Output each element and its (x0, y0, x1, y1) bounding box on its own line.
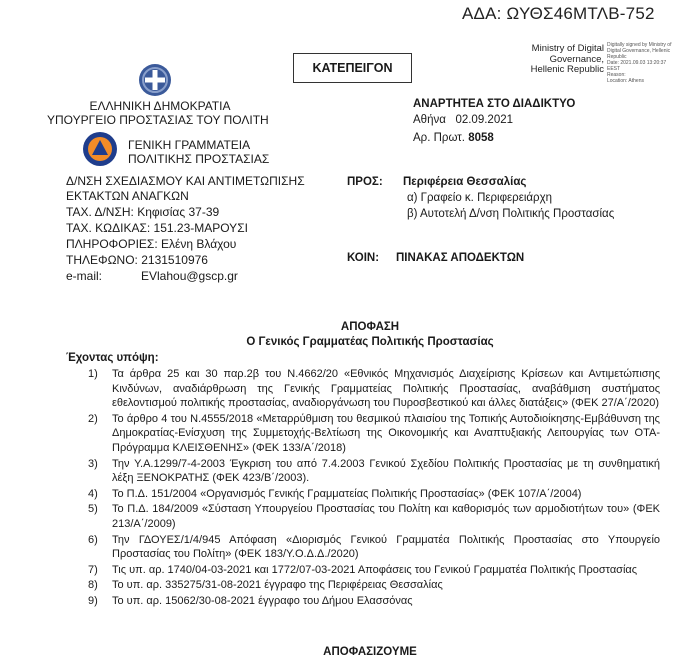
consideration-item: 2)Το άρθρο 4 του Ν.4555/2018 «Μεταρρύθμι… (76, 412, 660, 456)
consideration-text: Την Υ.Α.1299/7-4-2003 Έγκριση του από 7.… (112, 458, 660, 485)
considerations-list: 1)Τα άρθρα 25 και 30 παρ.2β του Ν.4662/2… (76, 367, 660, 610)
consideration-number: 5) (88, 502, 98, 517)
to-recipient-item: α) Γραφείο κ. Περιφερειάρχη (407, 191, 552, 205)
sig-detail-line: Location: Athens (607, 78, 699, 84)
to-label: ΠΡΟΣ: (347, 175, 383, 189)
directorate-line1: Δ/ΝΣΗ ΣΧΕΔΙΑΣΜΟΥ ΚΑΙ ΑΝΤΙΜΕΤΩΠΙΣΗΣ (66, 174, 305, 189)
protocol-label: Αρ. Πρωτ. (413, 132, 465, 144)
greek-emblem-icon (135, 62, 175, 98)
consideration-text: Το υπ. αρ. 15062/30-08-2021 έγγραφο του … (112, 595, 413, 607)
consideration-text: Το Π.Δ. 151/2004 «Οργανισμός Γενικής Γρα… (112, 488, 581, 500)
consideration-item: 6)Την ΓΔΟΥΕΣ/1/4/945 Απόφαση «Διορισμός … (76, 533, 660, 562)
urgency-box: ΚΑΤΕΠΕΙΓΟΝ (293, 53, 412, 83)
email-label: e-mail: (66, 269, 102, 284)
consideration-text: Το Π.Δ. 184/2009 «Σύσταση Υπουργείου Προ… (112, 503, 660, 530)
directorate-line2: ΕΚΤΑΚΤΩΝ ΑΝΑΓΚΩΝ (66, 189, 189, 204)
considering-label: Έχοντας υπόψη: (66, 352, 159, 364)
place-date: Αθήνα 02.09.2021 (413, 113, 513, 127)
consideration-text: Το άρθρο 4 του Ν.4555/2018 «Μεταρρύθμιση… (112, 413, 660, 454)
consideration-number: 4) (88, 487, 98, 502)
consideration-text: Τα άρθρα 25 και 30 παρ.2β του Ν.4662/20 … (112, 368, 660, 409)
consideration-item: 5)Το Π.Δ. 184/2009 «Σύσταση Υπουργείου Π… (76, 502, 660, 531)
consideration-item: 7)Τις υπ. αρ. 1740/04-03-2021 και 1772/0… (76, 563, 660, 578)
email-link[interactable]: EVlahou@gscp.gr (141, 269, 238, 284)
cc-label: ΚΟΙΝ: (347, 251, 379, 265)
phone-number: ΤΗΛΕΦΩΝΟ: 2131510976 (66, 253, 208, 268)
urgency-label: ΚΑΤΕΠΕΙΓΟΝ (312, 61, 392, 75)
consideration-number: 2) (88, 412, 98, 427)
consideration-text: Την ΓΔΟΥΕΣ/1/4/945 Απόφαση «Διορισμός Γε… (112, 534, 660, 561)
country-name: ΕΛΛΗΝΙΚΗ ΔΗΜΟΚΡΑΤΙΑ (60, 99, 260, 114)
consideration-number: 1) (88, 367, 98, 382)
consideration-number: 7) (88, 563, 98, 578)
consideration-text: Τις υπ. αρ. 1740/04-03-2021 και 1772/07-… (112, 564, 637, 576)
to-recipient-item: β) Αυτοτελή Δ/νση Πολιτικής Προστασίας (407, 207, 614, 221)
secretariat-line2: ΠΟΛΙΤΙΚΗΣ ΠΡΟΣΤΑΣΙΑΣ (128, 152, 269, 167)
consideration-number: 8) (88, 578, 98, 593)
consideration-item: 9)Το υπ. αρ. 15062/30-08-2021 έγγραφο το… (76, 594, 660, 609)
digital-signature-details: Digitally signed by Ministry of Digital … (607, 42, 699, 84)
consideration-item: 4)Το Π.Δ. 151/2004 «Οργανισμός Γενικής Γ… (76, 487, 660, 502)
consideration-text: Το υπ. αρ. 335275/31-08-2021 έγγραφο της… (112, 579, 443, 591)
digital-signature-signer: Ministry of Digital Governance, Hellenic… (528, 44, 604, 76)
consideration-item: 3)Την Υ.Α.1299/7-4-2003 Έγκριση του από … (76, 457, 660, 486)
ada-code: ΑΔΑ: ΩΥΘΣ46ΜΤΛΒ-752 (462, 4, 655, 24)
cc-value: ΠΙΝΑΚΑΣ ΑΠΟΔΕΚΤΩΝ (396, 251, 524, 265)
ministry-name: ΥΠΟΥΡΓΕΙΟ ΠΡΟΣΤΑΣΙΑΣ ΤΟΥ ΠΟΛΙΤΗ (47, 113, 307, 128)
protocol-value: 8058 (468, 132, 494, 144)
postal-code: ΤΑΧ. ΚΩΔΙΚΑΣ: 151.23-ΜΑΡΟΥΣΙ (66, 221, 248, 236)
civil-protection-logo-icon (82, 131, 118, 167)
resolution-heading: ΑΠΟΦΑΣΙΖΟΥΜΕ (0, 646, 700, 658)
postal-address: ΤΑΧ. Δ/ΝΣΗ: Κηφισίας 37-39 (66, 205, 219, 220)
consideration-number: 6) (88, 533, 98, 548)
contact-info: ΠΛΗΡΟΦΟΡΙΕΣ: Ελένη Βλάχου (66, 237, 236, 252)
consideration-number: 9) (88, 594, 98, 609)
publish-notice: ΑΝΑΡΤΗΤΕΑ ΣΤΟ ΔΙΑΔΙΚΤΥΟ (413, 97, 575, 111)
decision-subtitle: Ο Γενικός Γραμματέας Πολιτικής Προστασία… (0, 336, 700, 348)
to-main-recipient: Περιφέρεια Θεσσαλίας (403, 175, 526, 189)
consideration-item: 1)Τα άρθρα 25 και 30 παρ.2β του Ν.4662/2… (76, 367, 660, 411)
protocol-number: Αρ. Πρωτ. 8058 (413, 131, 494, 145)
decision-title: ΑΠΟΦΑΣΗ (0, 321, 700, 333)
consideration-number: 3) (88, 457, 98, 472)
secretariat-line1: ΓΕΝΙΚΗ ΓΡΑΜΜΑΤΕΙΑ (128, 138, 250, 153)
consideration-item: 8)Το υπ. αρ. 335275/31-08-2021 έγγραφο τ… (76, 578, 660, 593)
